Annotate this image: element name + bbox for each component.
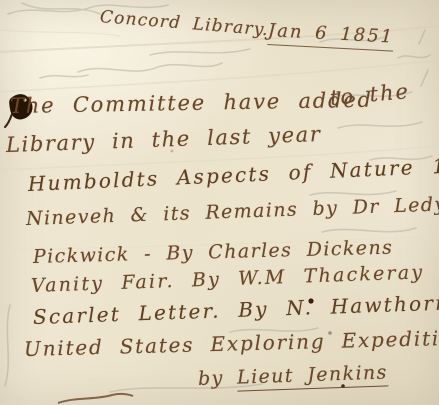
manuscript-page: Concord Library. Jan 6 1851 The Committe… [0,0,439,405]
intro-line-1: The Committee have added [10,90,373,117]
intro-line-2: Library in the last year [6,124,322,156]
book-entry-exploring-expedition: United States Exploring Expedition [24,327,439,359]
cutoff-bottom-stroke [58,394,133,403]
book-entry-pickwick: Pickwick - By Charles Dickens [33,239,394,267]
intro-line-1-continued: to the [329,81,411,109]
book-entry-nineveh: Nineveh & its Remains by Dr Ledyard [26,194,439,229]
header-date-underlined: Jan 6 1851 [267,20,394,52]
book-entry-humboldt: Humboldts Aspects of Nature 1 vol [28,153,439,194]
header-date-text: Jan 6 1851 [268,22,395,47]
book-entry-vanity-fair: Vanity Fair. By W.M Thackeray [31,263,425,296]
attribution-name-underlined: Lieut Jenkins [237,361,389,391]
book-entry-scarlet-letter: Scarlet Letter. By N. Hawthorne [33,292,439,327]
header-place-text: Concord Library. [99,9,269,39]
attribution-prefix: by [198,367,238,390]
attribution-line: by Lieut Jenkins [198,363,388,389]
